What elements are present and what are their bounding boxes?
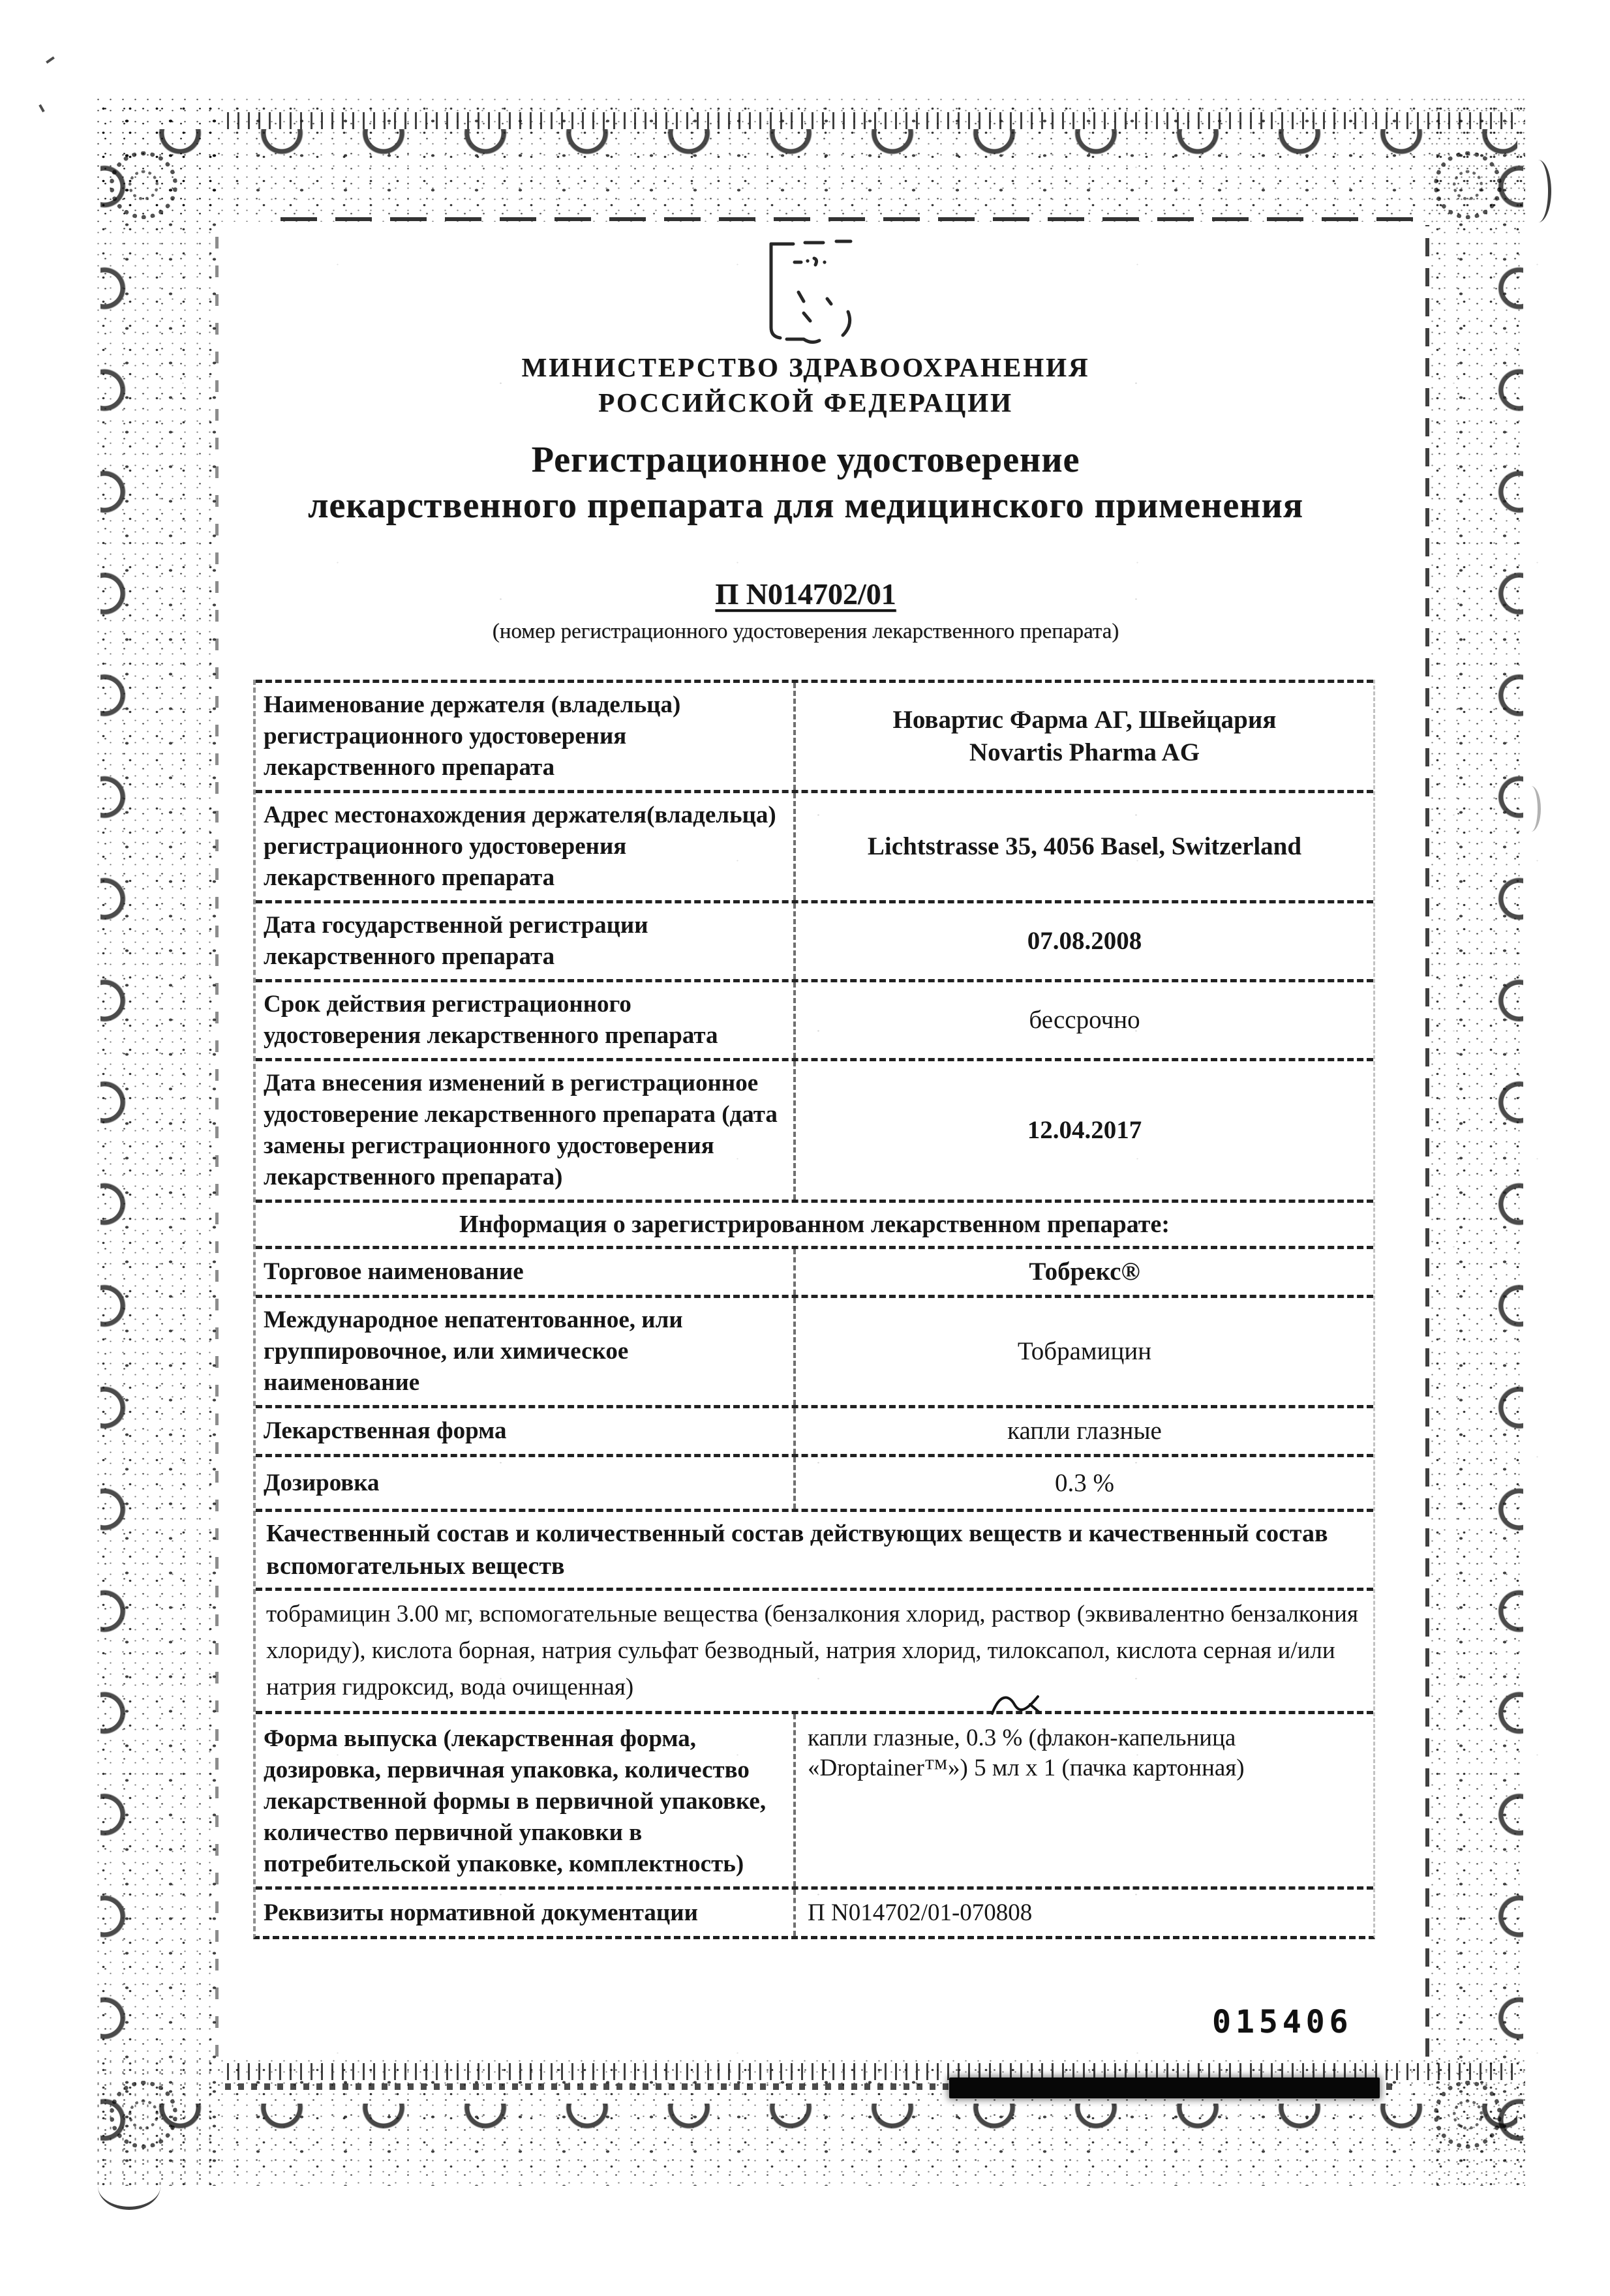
- table-row-validity: Срок действия регистрационного удостовер…: [256, 979, 1373, 1058]
- row-label: Международное непатентованное, или групп…: [256, 1298, 793, 1405]
- ministry-line1: МИНИСТЕРСТВО ЗДРАВООХРАНЕНИЯ: [225, 350, 1386, 385]
- table-row-requisites: Реквизиты нормативной документации П N01…: [256, 1886, 1373, 1936]
- ministry-line2: РОССИЙСКОЙ ФЕДЕРАЦИИ: [225, 385, 1386, 420]
- decorative-border-left: [90, 97, 217, 2186]
- serial-number: 015406: [1212, 2004, 1352, 2040]
- row-label: Дата внесения изменений в регистрационно…: [256, 1061, 793, 1200]
- registration-number: П N014702/01: [225, 577, 1386, 611]
- table-row-dosage-form: Лекарственная форма капли глазные: [256, 1405, 1373, 1454]
- scan-smudge-icon: [46, 56, 55, 63]
- table-row-amendment-date: Дата внесения изменений в регистрационно…: [256, 1058, 1373, 1200]
- border-rosette-icon: [110, 151, 177, 219]
- border-inner-rule-top: [281, 217, 1422, 221]
- table-row-trade-name: Торговое наименование Тобрекс®: [256, 1246, 1373, 1295]
- border-rosette-icon: [1434, 151, 1502, 219]
- row-label: Лекарственная форма: [256, 1408, 793, 1454]
- border-rosette-icon: [1434, 2081, 1502, 2149]
- row-label: Адрес местонахождения держателя(владельц…: [256, 793, 793, 900]
- row-value: Тобрекс®: [793, 1249, 1373, 1295]
- scan-artifact-bar: [949, 2077, 1380, 2098]
- row-label: Наименование держателя (владельца) регис…: [256, 683, 793, 790]
- row-label: Реквизиты нормативной документации: [256, 1890, 793, 1936]
- certificate-document: МИНИСТЕРСТВО ЗДРАВООХРАНЕНИЯ РОССИЙСКОЙ …: [0, 0, 1610, 2296]
- document-title-line2: лекарственного препарата для медицинског…: [225, 483, 1386, 528]
- row-value: бессрочно: [793, 982, 1373, 1058]
- decorative-border-right: [1424, 97, 1530, 2186]
- table-row-holder-address: Адрес местонахождения держателя(владельц…: [256, 790, 1373, 900]
- registration-number-caption: (номер регистрационного удостоверения ле…: [225, 620, 1386, 644]
- row-label: Дозировка: [256, 1457, 793, 1509]
- ministry-name: МИНИСТЕРСТВО ЗДРАВООХРАНЕНИЯ РОССИЙСКОЙ …: [225, 350, 1386, 420]
- row-value: П N014702/01-070808: [793, 1890, 1373, 1936]
- composition-header: Качественный состав и количественный сос…: [256, 1512, 1373, 1588]
- row-value: Тобрамицин: [793, 1298, 1373, 1405]
- row-value: 12.04.2017: [793, 1061, 1373, 1200]
- table-row-registration-date: Дата государственной регистрации лекарст…: [256, 900, 1373, 979]
- composition-text-row: тобрамицин 3.00 мг, вспомогательные веще…: [256, 1588, 1373, 1711]
- row-label: Дата государственной регистрации лекарст…: [256, 903, 793, 979]
- row-label: Торговое наименование: [256, 1249, 793, 1295]
- border-rosette-icon: [110, 2081, 177, 2149]
- table-row-holder-name: Наименование держателя (владельца) регис…: [256, 680, 1373, 790]
- row-value: Новартис Фарма АГ, Швейцария Novartis Ph…: [793, 683, 1373, 790]
- decorative-border-top: [90, 97, 1525, 222]
- scan-smudge-icon: [38, 104, 44, 112]
- info-section-header-row: Информация о зарегистрированном лекарств…: [256, 1200, 1373, 1246]
- handwritten-mark-icon: [988, 1686, 1043, 1719]
- table-row-inn: Международное непатентованное, или групп…: [256, 1295, 1373, 1405]
- row-label: Срок действия регистрационного удостовер…: [256, 982, 793, 1058]
- table-row-dosage: Дозировка 0.3 %: [256, 1454, 1373, 1509]
- scan-smudge-icon: [98, 2186, 160, 2210]
- certificate-table: Наименование держателя (владельца) регис…: [253, 680, 1375, 1939]
- row-value: капли глазные: [793, 1408, 1373, 1454]
- row-value: 0.3 %: [793, 1457, 1373, 1509]
- composition-text: тобрамицин 3.00 мг, вспомогательные веще…: [256, 1591, 1373, 1711]
- info-section-header: Информация о зарегистрированном лекарств…: [256, 1203, 1373, 1246]
- border-inner-rule-right: [1425, 225, 1429, 2057]
- document-title-line1: Регистрационное удостоверение: [225, 437, 1386, 483]
- document-title: Регистрационное удостоверение лекарствен…: [225, 437, 1386, 528]
- border-inner-rule-left: [215, 225, 219, 2057]
- scan-smudge-icon: [1525, 160, 1551, 222]
- composition-header-row: Качественный состав и количественный сос…: [256, 1509, 1373, 1588]
- table-row-release-form: Форма выпуска (лекарственная форма, дози…: [256, 1711, 1373, 1886]
- row-value: 07.08.2008: [793, 903, 1373, 979]
- stamp-outline-icon: [765, 236, 862, 347]
- row-value: капли глазные, 0.3 % (флакон-капельница …: [793, 1714, 1373, 1886]
- row-label: Форма выпуска (лекарственная форма, дози…: [256, 1714, 793, 1886]
- scan-smudge-icon: [1521, 786, 1541, 832]
- row-value: Lichtstrasse 35, 4056 Basel, Switzerland: [793, 793, 1373, 900]
